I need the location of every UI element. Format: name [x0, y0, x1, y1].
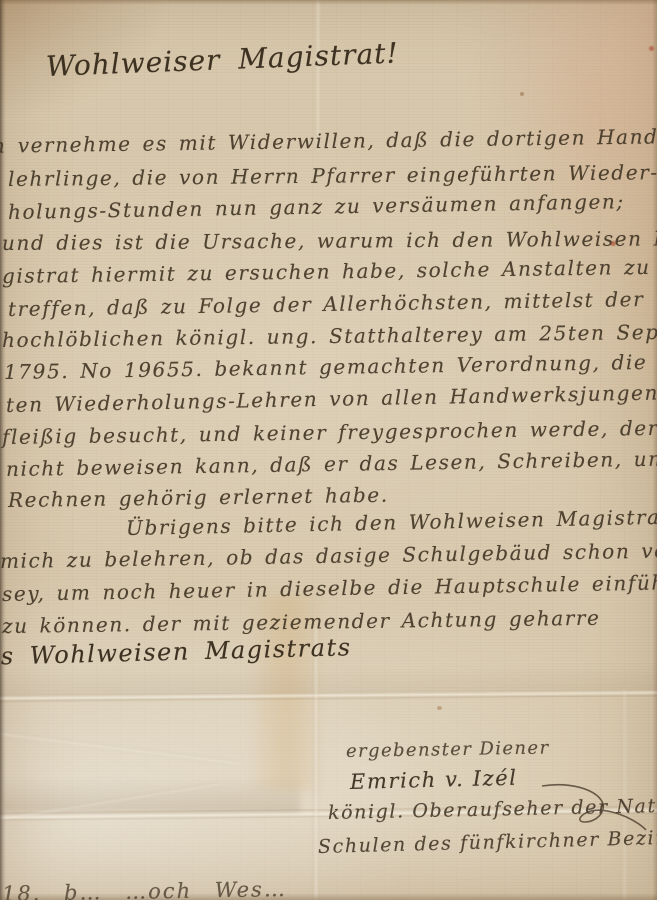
fold-crease-vertical-bottom [313, 628, 319, 900]
body-line: 1795. No 19655. bekannt gemachten Verord… [4, 348, 657, 384]
signature-valediction: ergebenster Diener [346, 737, 550, 762]
fold-crease-diagonal-2 [0, 782, 219, 823]
body-line: holungs-Stunden nun ganz zu versäumen an… [8, 189, 625, 224]
body-line: Übrigens bitte ich den Wohlweisen Magist… [126, 505, 657, 540]
signature-name: Emrich v. Izél [350, 766, 518, 794]
fold-crease-horizontal-1 [0, 689, 657, 703]
red-edge-speck [649, 46, 654, 51]
brown-speck-2 [437, 706, 442, 710]
fold-shadow-2 [0, 778, 300, 812]
brown-speck [520, 92, 524, 96]
body-line: und dies ist die Ursache, warum ich den … [2, 226, 657, 255]
body-line: Rechnen gehörig erlernet habe. [8, 483, 389, 512]
fold-crease-diagonal-1 [0, 729, 239, 766]
fold-shadow-1 [0, 663, 657, 697]
body-line: hochlöblichen königl. ung. Statthalterey… [2, 320, 657, 352]
body-line: gistrat hiermit zu ersuchen habe, solche… [2, 255, 651, 288]
body-line: treffen, daß zu Folge der Allerhöchsten,… [8, 287, 645, 321]
letter-page: Wohlweiser Magistrat! Ich vernehme es mi… [0, 0, 657, 900]
body-line: zu können. der mit geziemender Achtung g… [2, 606, 601, 638]
signature-title-line: Schulen des fünfkirchner Bezirks [318, 826, 657, 858]
fold-crease-vertical-top [315, 0, 321, 150]
body-line: fleißig besucht, und keiner freygesproch… [2, 416, 657, 449]
signature-title-line: königl. Oberaufseher der Nat. [328, 795, 657, 824]
body-line: nicht beweisen kann, daß er das Lesen, S… [6, 446, 657, 481]
cropped-bottom-line: 18. b… …och Wes… [2, 877, 287, 900]
body-line: sey, um noch heuer in dieselbe die Haupt… [2, 570, 657, 606]
salutation-line: Wohlweiser Magistrat! [45, 36, 399, 83]
body-line: ten Wiederholungs-Lehren von allen Handw… [6, 380, 657, 417]
body-line: Ich vernehme es mit Widerwillen, daß die… [0, 123, 657, 158]
page-edge-top [0, 0, 657, 5]
body-line: mich zu belehren, ob das dasige Schulgeb… [0, 537, 657, 573]
body-line: lehrlinge, die von Herrn Pfarrer eingefü… [8, 160, 657, 191]
closing-line: Eines Wohlweisen Magistrats [0, 633, 352, 672]
